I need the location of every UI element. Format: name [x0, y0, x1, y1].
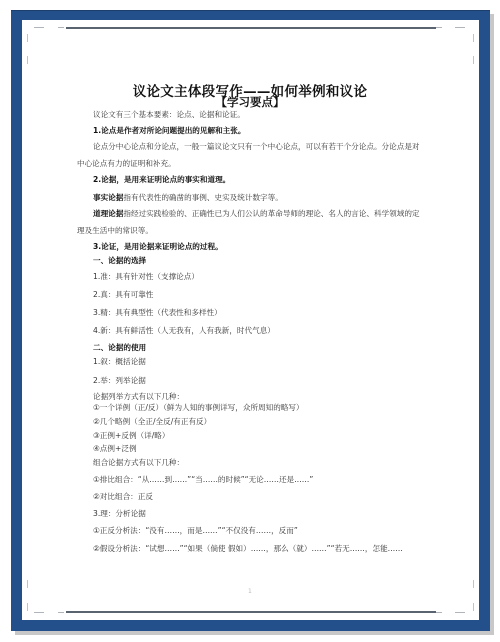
crop-mark	[27, 580, 28, 588]
document-subtitle: 【学习要点】	[0, 94, 500, 110]
crop-mark	[473, 580, 474, 588]
paragraph-line: 论点分中心论点和分论点，一般一篇议论文只有一个中心论点，可以有若干个分论点。分论…	[93, 142, 420, 152]
term-label: 道理论据	[93, 209, 123, 218]
term-definition: 指经过实践检验的、正确性已为人们公认的革命导师的理论、名人的言论、科学领域的定	[123, 209, 419, 218]
crop-mark	[27, 56, 28, 64]
crop-mark	[436, 612, 442, 613]
crop-mark	[27, 34, 28, 42]
paragraph-line: 理及生活中的常识等。	[77, 226, 153, 236]
list-item: 1.准：具有针对性（支撑论点）	[93, 272, 199, 282]
paragraph-line: 事实论据指有代表性的确凿的事例、史实及统计数字等。	[93, 193, 283, 203]
list-item: ①正反分析法：“没有……，而是……”“不仅没有……，反而”	[93, 526, 298, 536]
paragraph-line: 议论文有三个基本要素：论点、论据和论证。	[93, 110, 245, 120]
list-item: 2.举：列举论据	[93, 376, 146, 386]
list-item: 2.真：具有可靠性	[93, 290, 153, 300]
paragraph-line: 道理论据指经过实践检验的、正确性已为人们公认的革命导师的理论、名人的言论、科学领…	[93, 209, 420, 219]
list-item: 3.理：分析论据	[93, 509, 146, 519]
crop-mark	[455, 27, 465, 28]
section-heading: 2.论据，是用来证明论点的事实和道理。	[93, 175, 230, 185]
list-item: ③正例+反例（详/略）	[93, 431, 169, 441]
term-definition: 指有代表性的确凿的事例、史实及统计数字等。	[123, 193, 282, 202]
paragraph-line: 论据列举方式有以下几种：	[93, 392, 184, 402]
paragraph-line: 组合论据方式有以下几种：	[93, 458, 184, 468]
list-item: ①一个详例（正/反）（鲜为人知的事例详写，众所周知的略写）	[93, 403, 304, 413]
footer-rule	[66, 611, 436, 613]
section-heading: 3.论证，是用论据来证明论点的过程。	[93, 242, 223, 252]
list-item: ④点例+泛例	[93, 444, 137, 454]
section-heading: 1.论点是作者对所论问题提出的见解和主张。	[93, 126, 245, 136]
crop-mark	[34, 27, 44, 28]
subsection-heading: 一、论据的选择	[93, 256, 146, 266]
list-item: 4.新：具有鲜活性（人无我有，人有我新，时代气息）	[93, 326, 275, 336]
list-item: 1.叙：概括论据	[93, 357, 146, 367]
crop-mark	[436, 27, 442, 28]
crop-mark	[455, 612, 465, 613]
crop-mark	[58, 27, 64, 28]
crop-mark	[34, 612, 44, 613]
crop-mark	[473, 56, 474, 64]
crop-mark	[58, 612, 64, 613]
list-item: ②对比组合：正反	[93, 492, 153, 502]
header-rule	[66, 27, 436, 29]
list-item: ①排比组合：“从……到……”“当……的时候”“无论……还是……”	[93, 475, 313, 485]
crop-mark	[473, 34, 474, 42]
crop-mark	[473, 603, 474, 611]
subsection-heading: 二、论据的使用	[93, 343, 146, 353]
paragraph-line: 中心论点有力的证明和补充。	[77, 159, 176, 169]
list-item: ②几个略例（全正/全反/有正有反）	[93, 417, 211, 427]
list-item: ②假设分析法：“试想……”“如果（倘使 假如）……，那么（就）……”“若无……，…	[93, 544, 403, 554]
term-label: 事实论据	[93, 193, 123, 202]
crop-mark	[27, 603, 28, 611]
list-item: 3.精：具有典型性（代表性和多样性）	[93, 308, 222, 318]
page-number: 1	[248, 588, 252, 595]
